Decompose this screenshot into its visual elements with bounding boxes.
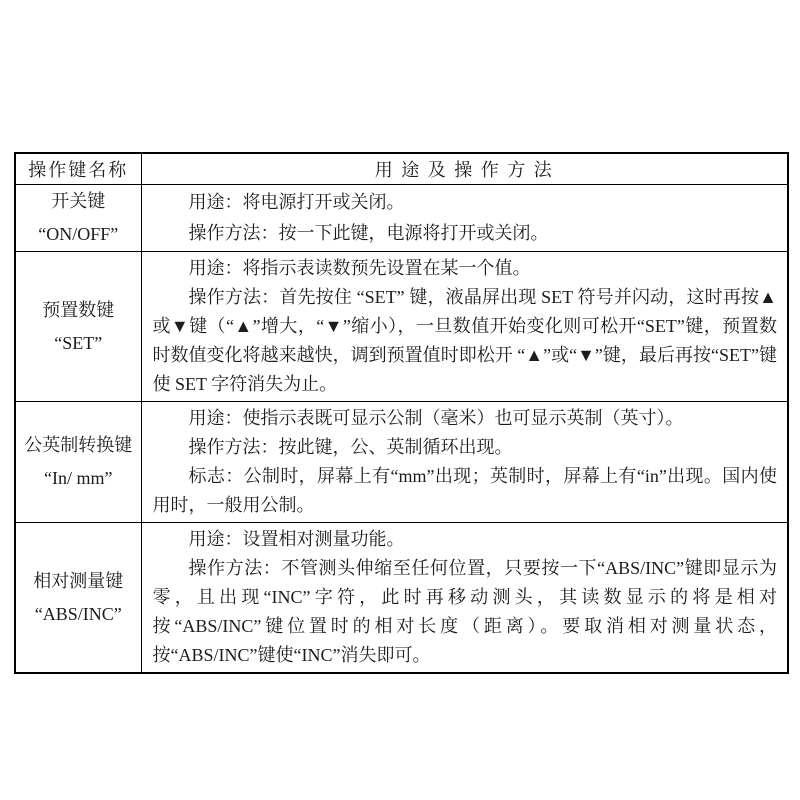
usage-paragraph: 操作方法：按一下此键，电源将打开或关闭。 bbox=[153, 218, 778, 249]
key-name-cell-onoff: 开关键 “ON/OFF” bbox=[15, 185, 141, 252]
table-row-inmm: 公英制转换键 “In/ mm” 用途：使指示表既可显示公制（毫米）也可显示英制（… bbox=[15, 402, 788, 523]
usage-cell-inmm: 用途：使指示表既可显示公制（毫米）也可显示英制（英寸）。 操作方法：按此键，公、… bbox=[141, 402, 788, 523]
header-key-name: 操作键名称 bbox=[15, 153, 141, 185]
usage-cell-onoff: 用途：将电源打开或关闭。 操作方法：按一下此键，电源将打开或关闭。 bbox=[141, 185, 788, 252]
key-code: “ON/OFF” bbox=[38, 218, 118, 251]
usage-paragraph: 操作方法：按此键，公、英制循环出现。 bbox=[153, 433, 778, 462]
key-name: 开关键 bbox=[51, 185, 105, 218]
usage-paragraph: 标志：公制时，屏幕上有“mm”出现；英制时，屏幕上有“in”出现。国内使用时，一… bbox=[153, 462, 778, 520]
key-name: 相对测量键 bbox=[33, 565, 123, 598]
usage-paragraph: 用途：设置相对测量功能。 bbox=[153, 525, 778, 554]
header-usage: 用 途 及 操 作 方 法 bbox=[141, 153, 788, 185]
table-row-onoff: 开关键 “ON/OFF” 用途：将电源打开或关闭。 操作方法：按一下此键，电源将… bbox=[15, 185, 788, 252]
operation-key-table: 操作键名称 用 途 及 操 作 方 法 开关键 “ON/OFF” 用途：将电源打… bbox=[14, 152, 789, 674]
table-header-row: 操作键名称 用 途 及 操 作 方 法 bbox=[15, 153, 788, 185]
key-name-cell-absinc: 相对测量键 “ABS/INC” bbox=[15, 523, 141, 674]
usage-paragraph: 操作方法：首先按住 “SET” 键，液晶屏出现 SET 符号并闪动，这时再按▲或… bbox=[153, 283, 778, 399]
usage-cell-set: 用途：将指示表读数预先设置在某一个值。 操作方法：首先按住 “SET” 键，液晶… bbox=[141, 252, 788, 402]
key-code: “ABS/INC” bbox=[35, 598, 122, 631]
usage-paragraph: 用途：使指示表既可显示公制（毫米）也可显示英制（英寸）。 bbox=[153, 404, 778, 433]
key-name: 公英制转换键 bbox=[24, 429, 132, 462]
table-row-set: 预置数键 “SET” 用途：将指示表读数预先设置在某一个值。 操作方法：首先按住… bbox=[15, 252, 788, 402]
key-name-cell-inmm: 公英制转换键 “In/ mm” bbox=[15, 402, 141, 523]
key-name: 预置数键 bbox=[42, 294, 114, 327]
document-page: 操作键名称 用 途 及 操 作 方 法 开关键 “ON/OFF” 用途：将电源打… bbox=[0, 0, 800, 800]
key-code: “In/ mm” bbox=[44, 462, 112, 495]
key-name-cell-set: 预置数键 “SET” bbox=[15, 252, 141, 402]
usage-paragraph: 操作方法：不管测头伸缩至任何位置，只要按一下“ABS/INC”键即显示为零，且出… bbox=[153, 554, 778, 670]
usage-paragraph: 用途：将电源打开或关闭。 bbox=[153, 187, 778, 218]
table-row-absinc: 相对测量键 “ABS/INC” 用途：设置相对测量功能。 操作方法：不管测头伸缩… bbox=[15, 523, 788, 674]
usage-paragraph: 用途：将指示表读数预先设置在某一个值。 bbox=[153, 254, 778, 283]
usage-cell-absinc: 用途：设置相对测量功能。 操作方法：不管测头伸缩至任何位置，只要按一下“ABS/… bbox=[141, 523, 788, 674]
key-code: “SET” bbox=[54, 327, 102, 360]
